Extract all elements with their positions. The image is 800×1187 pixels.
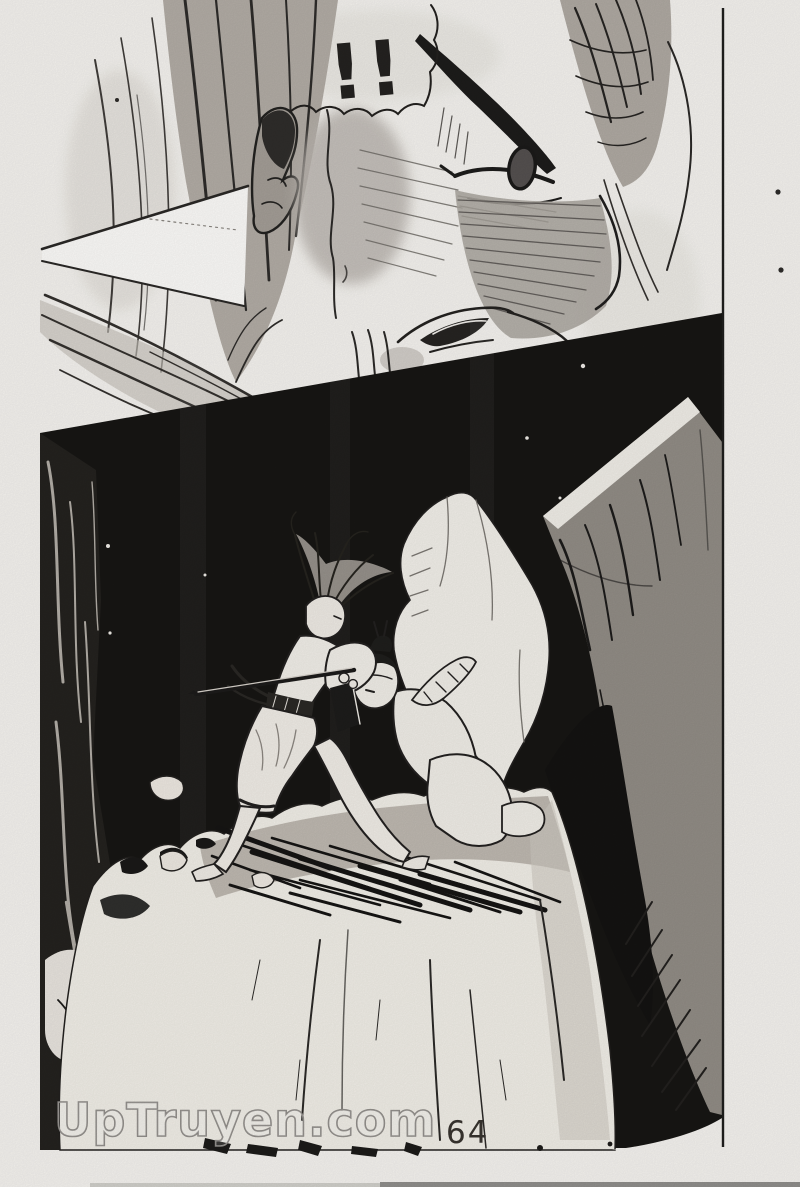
paper-grain-overlay	[0, 0, 800, 1187]
manga-page-canvas: !!	[0, 0, 800, 1187]
manga-page: !!	[0, 0, 800, 1187]
